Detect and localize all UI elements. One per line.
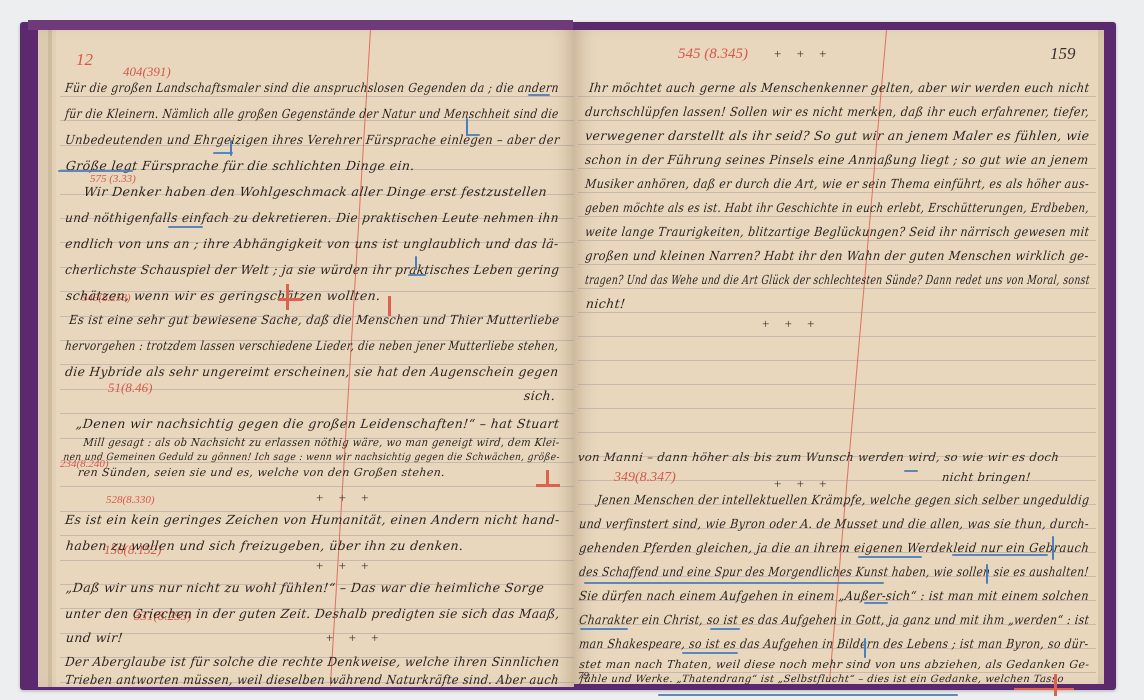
ruled-line bbox=[578, 312, 1096, 313]
ruled-line bbox=[578, 384, 1096, 385]
handwritten-line: fühle und Werke. „Thatendrang“ ist „Selb… bbox=[579, 674, 1064, 685]
annotation: 404(391) bbox=[123, 64, 171, 80]
handwritten-line: Jenen Menschen der intellektuellen Krämp… bbox=[596, 492, 1090, 507]
handwritten-line: Sie dürfen nach einem Aufgehen in einem … bbox=[578, 588, 1089, 603]
handwritten-line: Es ist eine sehr gut bewiesene Sache, da… bbox=[68, 312, 560, 327]
handwritten-line: schätzen, wenn wir es geringschätzen wol… bbox=[65, 288, 381, 303]
annotation: 528(8.330) bbox=[106, 494, 155, 506]
ruled-line bbox=[578, 288, 1096, 289]
handwritten-line: ren Sünden, seien sie und es, welche von… bbox=[77, 466, 446, 479]
ruled-line bbox=[578, 216, 1096, 217]
blue-underline bbox=[864, 602, 888, 604]
section-separator: + + + bbox=[762, 316, 821, 332]
handwritten-line: für die Kleinern. Nämlich alle großen Ge… bbox=[64, 106, 559, 121]
handwritten-line: Der Aberglaube ist für solche die rechte… bbox=[64, 654, 560, 669]
handwritten-line: nicht bringen! bbox=[941, 470, 1031, 484]
section-separator: + + + bbox=[316, 558, 375, 574]
handwritten-line: tragen? Und das Wehe und die Art Glück d… bbox=[584, 272, 1090, 287]
section-separator: + + + bbox=[774, 476, 833, 492]
handwritten-line: hervorgehen : trotzdem lassen verschiede… bbox=[64, 338, 559, 353]
ruled-line bbox=[60, 535, 574, 536]
handwritten-line: sich. bbox=[523, 388, 556, 403]
red-correction-mark bbox=[278, 298, 302, 301]
section-separator: + + + bbox=[316, 490, 375, 506]
handwritten-line: die Hybride als sehr ungereimt erscheine… bbox=[64, 364, 559, 379]
handwritten-line: endlich von uns an ; ihre Abhängigkeit v… bbox=[64, 236, 559, 251]
red-correction-mark bbox=[1054, 674, 1057, 696]
blue-underline bbox=[710, 628, 740, 630]
red-correction-mark bbox=[536, 484, 560, 487]
blue-mark bbox=[230, 140, 232, 156]
blue-underline bbox=[408, 274, 426, 276]
handwritten-line: stet man nach Thaten, weil diese noch me… bbox=[579, 658, 1091, 671]
handwritten-line: schon in der Führung seines Pinsels eine… bbox=[584, 152, 1089, 167]
ruled-line bbox=[578, 408, 1096, 409]
section-separator: + + + bbox=[774, 46, 833, 62]
handwritten-line: des Schaffend und eine Spur des Morgendl… bbox=[578, 564, 1089, 579]
ruled-line bbox=[60, 96, 574, 97]
handwritten-line: nicht! bbox=[585, 296, 626, 311]
handwritten-line: und nöthigenfalls einfach zu dekretieren… bbox=[64, 210, 559, 225]
cover-edge bbox=[28, 20, 573, 30]
annotation: 51(8.46) bbox=[108, 380, 152, 396]
annotation: 349(8.347) bbox=[614, 470, 676, 486]
blue-underline bbox=[168, 226, 203, 228]
blue-underline bbox=[658, 694, 958, 696]
ruled-line bbox=[578, 360, 1096, 361]
blue-underline bbox=[58, 170, 133, 172]
section-separator: + + + bbox=[326, 630, 385, 646]
ruled-line bbox=[578, 192, 1096, 193]
ruled-line bbox=[578, 96, 1096, 97]
handwritten-line: durchschlüpfen lassen! Sollen wir es nic… bbox=[584, 104, 1090, 119]
ruled-line bbox=[578, 144, 1096, 145]
right-page: 545 (8.345) + + + 159 Ihr möchtet auch g… bbox=[574, 30, 1104, 684]
blue-underline bbox=[584, 582, 884, 584]
red-correction-mark bbox=[388, 296, 391, 316]
left-page: 12 404(391) 575 (3.33) 549(8.258) 51(8.4… bbox=[38, 30, 574, 687]
ruled-line bbox=[578, 672, 1096, 673]
red-correction-mark bbox=[286, 284, 289, 310]
ruled-line bbox=[578, 336, 1096, 337]
ruled-line bbox=[578, 120, 1096, 121]
handwritten-line: unter den Griechen in der guten Zeit. De… bbox=[64, 606, 560, 621]
blue-underline bbox=[466, 134, 480, 136]
blue-underline bbox=[904, 470, 918, 472]
handwritten-line: „Denen wir nachsichtig gegen die großen … bbox=[75, 416, 560, 431]
handwritten-line: und verfinstert sind, wie Byron oder A. … bbox=[578, 516, 1089, 531]
ruled-line bbox=[60, 633, 574, 634]
handwritten-line: haben zu wollen und sich freizugeben, üb… bbox=[65, 538, 464, 553]
page-number: 159 bbox=[1050, 44, 1076, 64]
ruled-line bbox=[578, 168, 1096, 169]
annotation: 545 (8.345) bbox=[678, 46, 748, 63]
blue-underline bbox=[528, 94, 550, 96]
red-correction-mark bbox=[1014, 688, 1074, 690]
handwritten-line: Musiker anhören, daß er durch die Art, w… bbox=[584, 176, 1089, 191]
blue-mark bbox=[864, 638, 866, 658]
handwritten-line: Charakter ein Christ, so ist es das Aufg… bbox=[578, 612, 1090, 627]
ruled-line bbox=[578, 432, 1096, 433]
handwritten-line: großen und kleinen Narren? Habt ihr den … bbox=[584, 248, 1089, 263]
handwritten-line: Mill gesagt : als ob Nachsicht zu erlass… bbox=[83, 436, 561, 449]
handwritten-line: man Shakespeare, so ist es das Aufgehen … bbox=[578, 636, 1089, 651]
page-number: 12 bbox=[76, 50, 93, 70]
handwritten-line: verwegener darstellt als ihr seid? So gu… bbox=[584, 128, 1090, 143]
handwritten-line: gehenden Pferden gleichen, ja die an ihr… bbox=[578, 540, 1090, 555]
blue-underline bbox=[580, 628, 628, 630]
blue-mark bbox=[1052, 536, 1054, 560]
blue-mark bbox=[415, 256, 417, 270]
ruled-line bbox=[60, 413, 574, 414]
blue-mark bbox=[986, 564, 988, 584]
ruled-line bbox=[578, 264, 1096, 265]
blue-underline bbox=[952, 554, 1048, 556]
handwritten-line: nen und Gemeinen Geduld zu gönnen! Ich s… bbox=[63, 452, 561, 463]
handwritten-line: Trieben antworten müssen, weil dieselben… bbox=[64, 672, 559, 687]
ruled-line bbox=[60, 486, 574, 487]
handwritten-line: von Manni – dann höher als bis zum Wunsc… bbox=[577, 450, 1060, 464]
handwritten-line: Es ist ein kein geringes Zeichen von Hum… bbox=[64, 512, 560, 527]
blue-underline bbox=[682, 652, 738, 654]
handwritten-line: Unbedeutenden und Ehrgeizigen ihres Vere… bbox=[64, 132, 560, 147]
handwritten-line: „Daß wir uns nur nicht zu wohl fühlen!“ … bbox=[65, 580, 545, 595]
handwritten-line: und wir! bbox=[65, 630, 124, 645]
handwritten-line: Wir Denker haben den Wohlgeschmack aller… bbox=[83, 184, 548, 199]
page-footer-number: 79 bbox=[578, 670, 589, 682]
ruled-line bbox=[578, 240, 1096, 241]
handwritten-line: Ihr möchtet auch gerne als Menschenkenne… bbox=[588, 80, 1090, 95]
handwritten-line: cherlichste Schauspiel der Welt ; ja sie… bbox=[64, 262, 560, 277]
red-correction-mark bbox=[546, 470, 549, 484]
blue-underline bbox=[858, 556, 922, 558]
handwritten-line: Für die großen Landschaftsmaler sind die… bbox=[64, 80, 559, 95]
handwritten-line: weite lange Traurigkeiten, blitzartige B… bbox=[584, 224, 1090, 239]
handwritten-line: geben möchte als es ist. Habt ihr Geschi… bbox=[584, 200, 1090, 215]
